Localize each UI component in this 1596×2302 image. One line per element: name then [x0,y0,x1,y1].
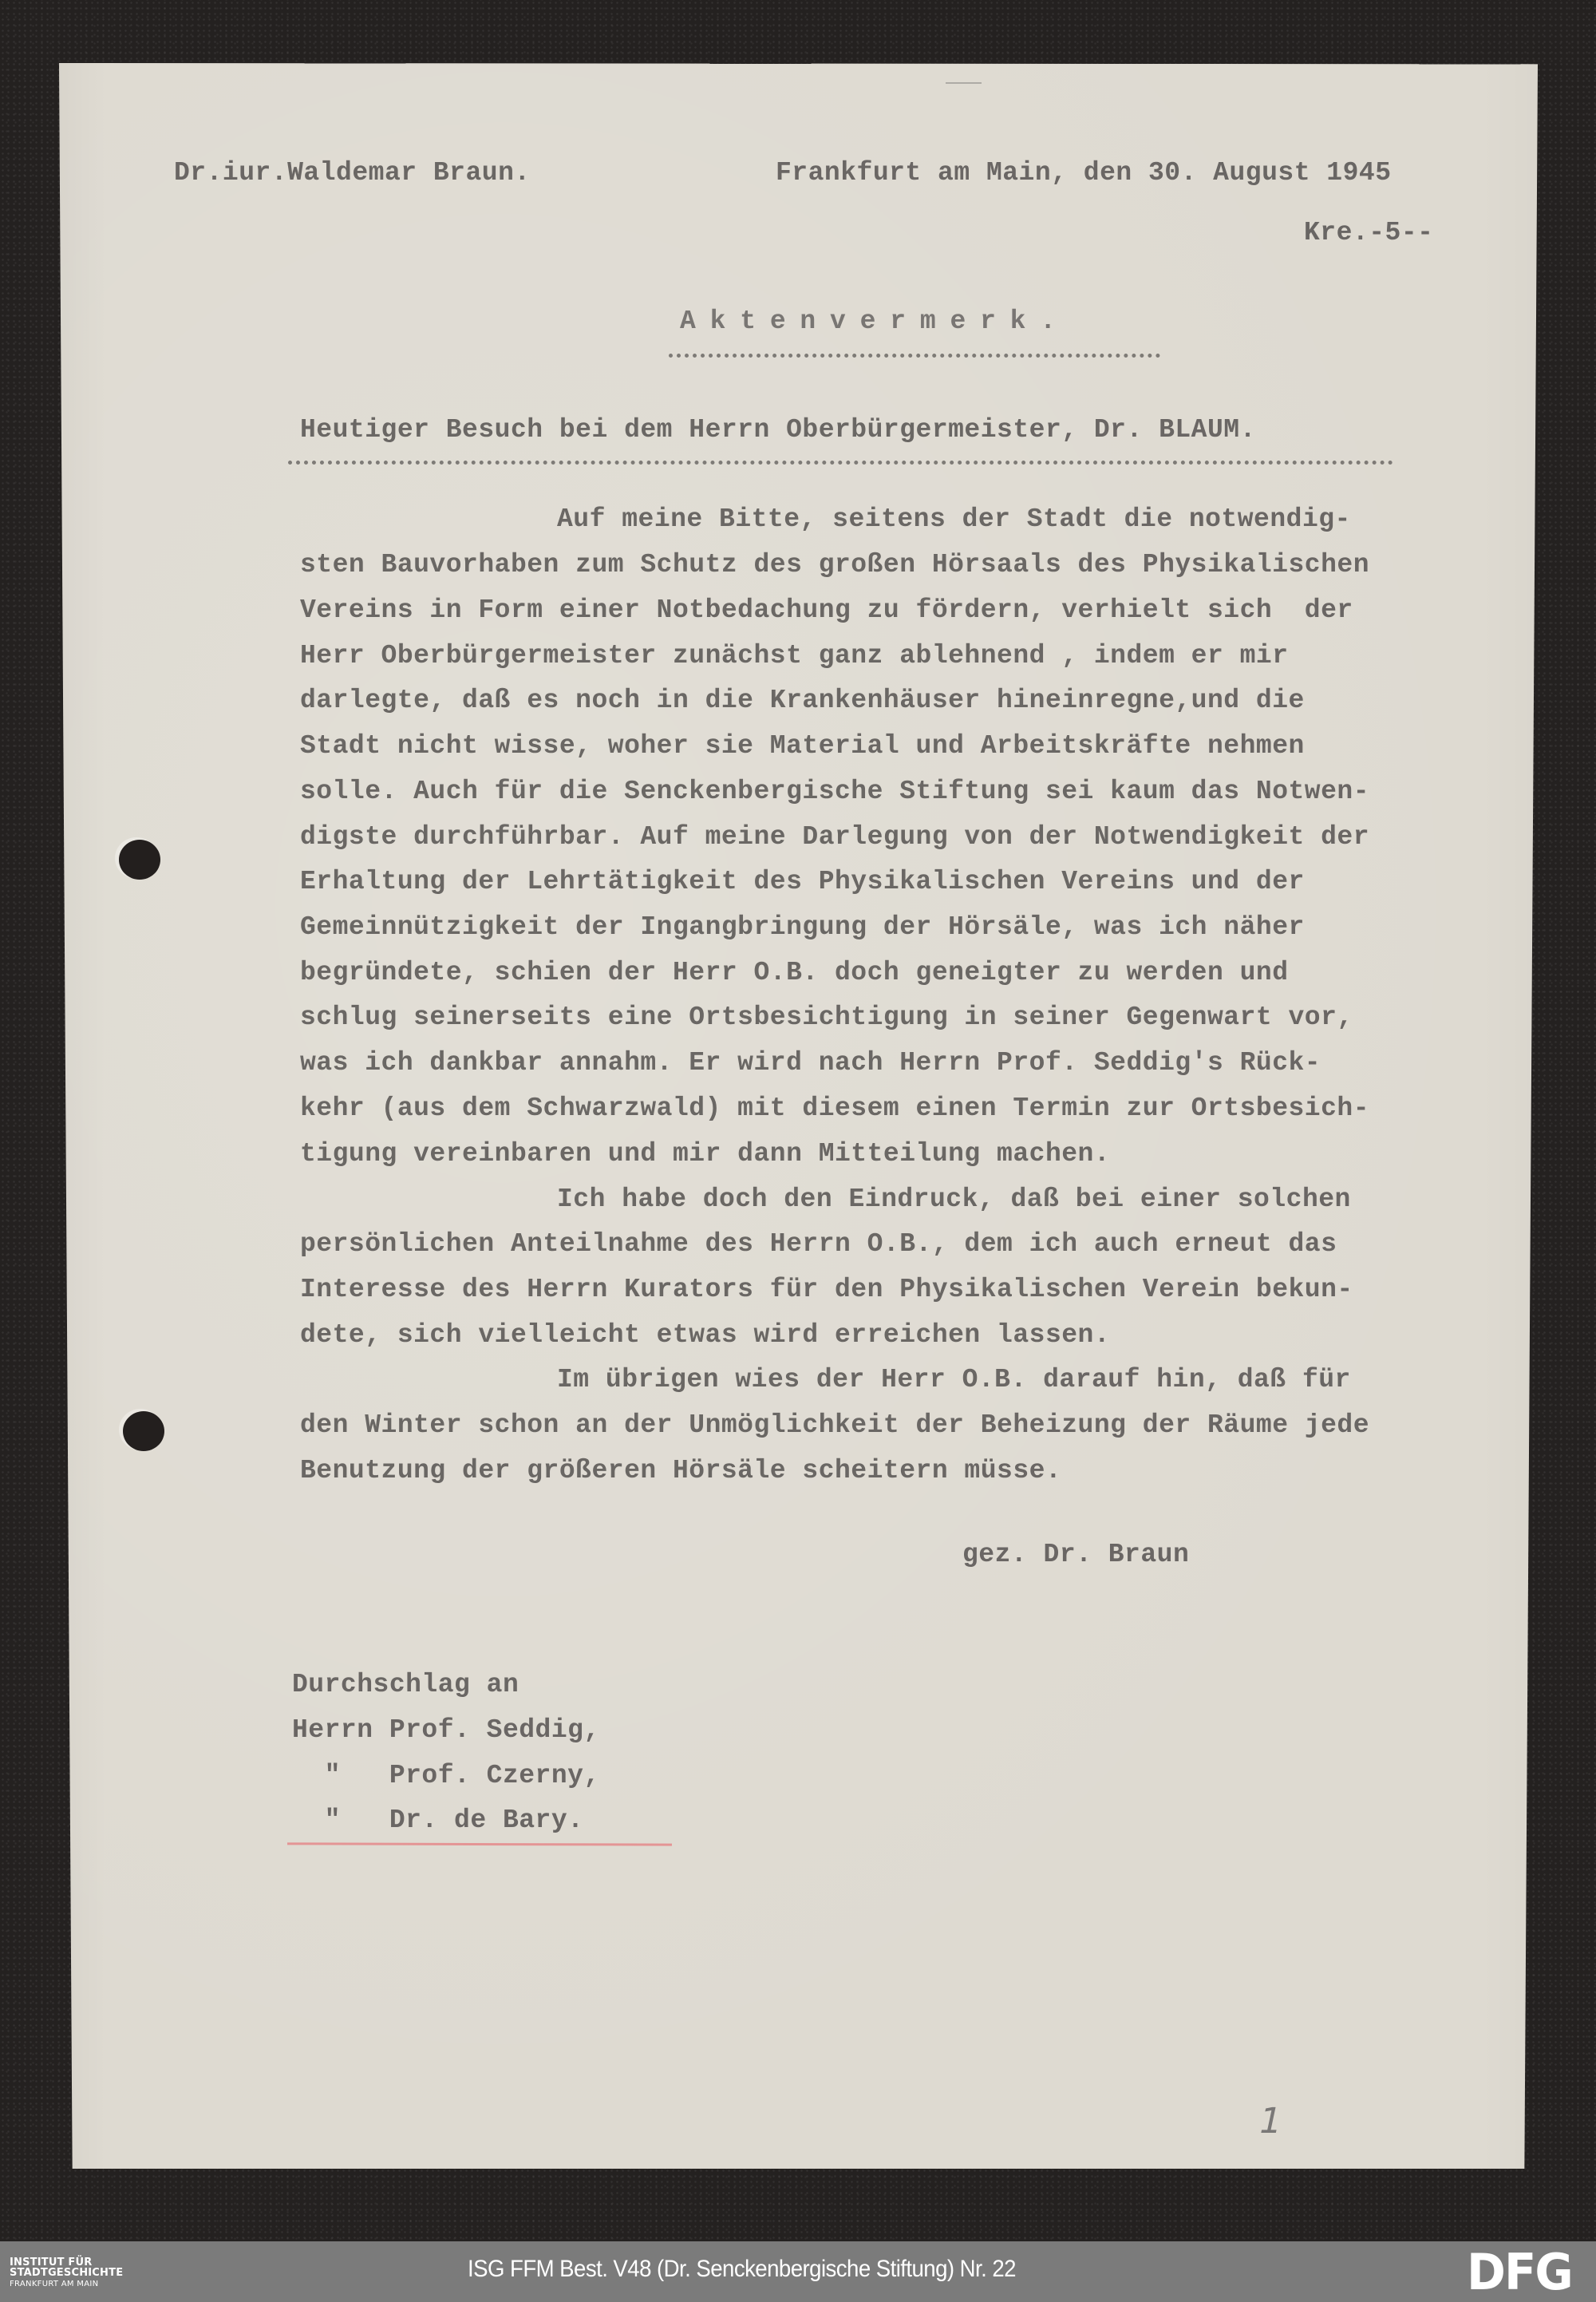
body-line: den Winter schon an der Unmöglichkeit de… [300,1410,1369,1440]
body-line: Herr Oberbürgermeister zunächst ganz abl… [300,641,1289,670]
punch-hole-lower [123,1411,164,1451]
body-line: schlug seinerseits eine Ortsbesichtigung… [300,1003,1353,1032]
body-line: Im übrigen wies der Herr O.B. darauf hin… [557,1365,1351,1394]
body-line: Auf meine Bitte, seitens der Stadt die n… [557,504,1351,534]
body-line: darlegte, daß es noch in die Krankenhäus… [300,686,1305,715]
body-line: Vereins in Form einer Notbedachung zu fö… [300,595,1353,625]
place-and-date: Frankfurt am Main, den 30. August 1945 [776,158,1392,188]
body-line: Benutzung der größeren Hörsäle scheitern… [300,1456,1061,1485]
body-line: Gemeinnützigkeit der Ingangbringung der … [300,912,1305,942]
copy-recipient: Herrn Prof. Seddig, [292,1715,600,1745]
document-title: A k t e n v e r m e r k . [680,307,1055,336]
isg-logo-line3: FRANKFURT AM MAIN [10,2278,123,2290]
faint-top-mark [946,82,982,84]
body-line: Erhaltung der Lehrtätigkeit des Physikal… [300,867,1305,896]
body-line: sten Bauvorhaben zum Schutz des großen H… [300,550,1369,579]
archive-footer-bar: INSTITUT FÜR STADTGESCHICHTE FRANKFURT A… [0,2241,1596,2302]
archive-reference: ISG FFM Best. V48 (Dr. Senckenbergische … [468,2256,1016,2283]
subject-underline [288,461,1393,465]
body-line: Stadt nicht wisse, woher sie Material un… [300,731,1305,761]
copy-recipient: " Prof. Czerny, [292,1761,600,1790]
copies-heading: Durchschlag an [292,1670,519,1699]
body-line: persönlichen Anteilnahme des Herrn O.B.,… [300,1229,1337,1259]
isg-logo-line2: STADTGESCHICHTE [10,2268,123,2278]
body-line: tigung vereinbaren und mir dann Mitteilu… [300,1139,1110,1169]
body-line: solle. Auch für die Senckenbergische Sti… [300,777,1369,806]
body-line: Interesse des Herrn Kurators für den Phy… [300,1275,1353,1304]
title-underline [669,354,1160,358]
signature: gez. Dr. Braun [962,1540,1189,1569]
dfg-logo: DFG [1467,2253,1572,2292]
body-line: Ich habe doch den Eindruck, daß bei eine… [557,1185,1351,1214]
reference-code: Kre.-5-- [1304,218,1433,247]
copy-recipient: " Dr. de Bary. [292,1806,583,1835]
body-line: begründete, schien der Herr O.B. doch ge… [300,958,1289,987]
body-line: digste durchführbar. Auf meine Darlegung… [300,822,1369,852]
isg-logo: INSTITUT FÜR STADTGESCHICHTE FRANKFURT A… [10,2257,123,2290]
subject-line: Heutiger Besuch bei dem Herrn Oberbürger… [300,415,1256,445]
sender-name: Dr.iur.Waldemar Braun. [174,158,531,188]
body-line: kehr (aus dem Schwarzwald) mit diesem ei… [300,1094,1369,1123]
punch-hole-upper [119,840,160,880]
body-line: dete, sich vielleicht etwas wird erreich… [300,1320,1110,1350]
body-line: was ich dankbar annahm. Er wird nach Her… [300,1048,1321,1078]
